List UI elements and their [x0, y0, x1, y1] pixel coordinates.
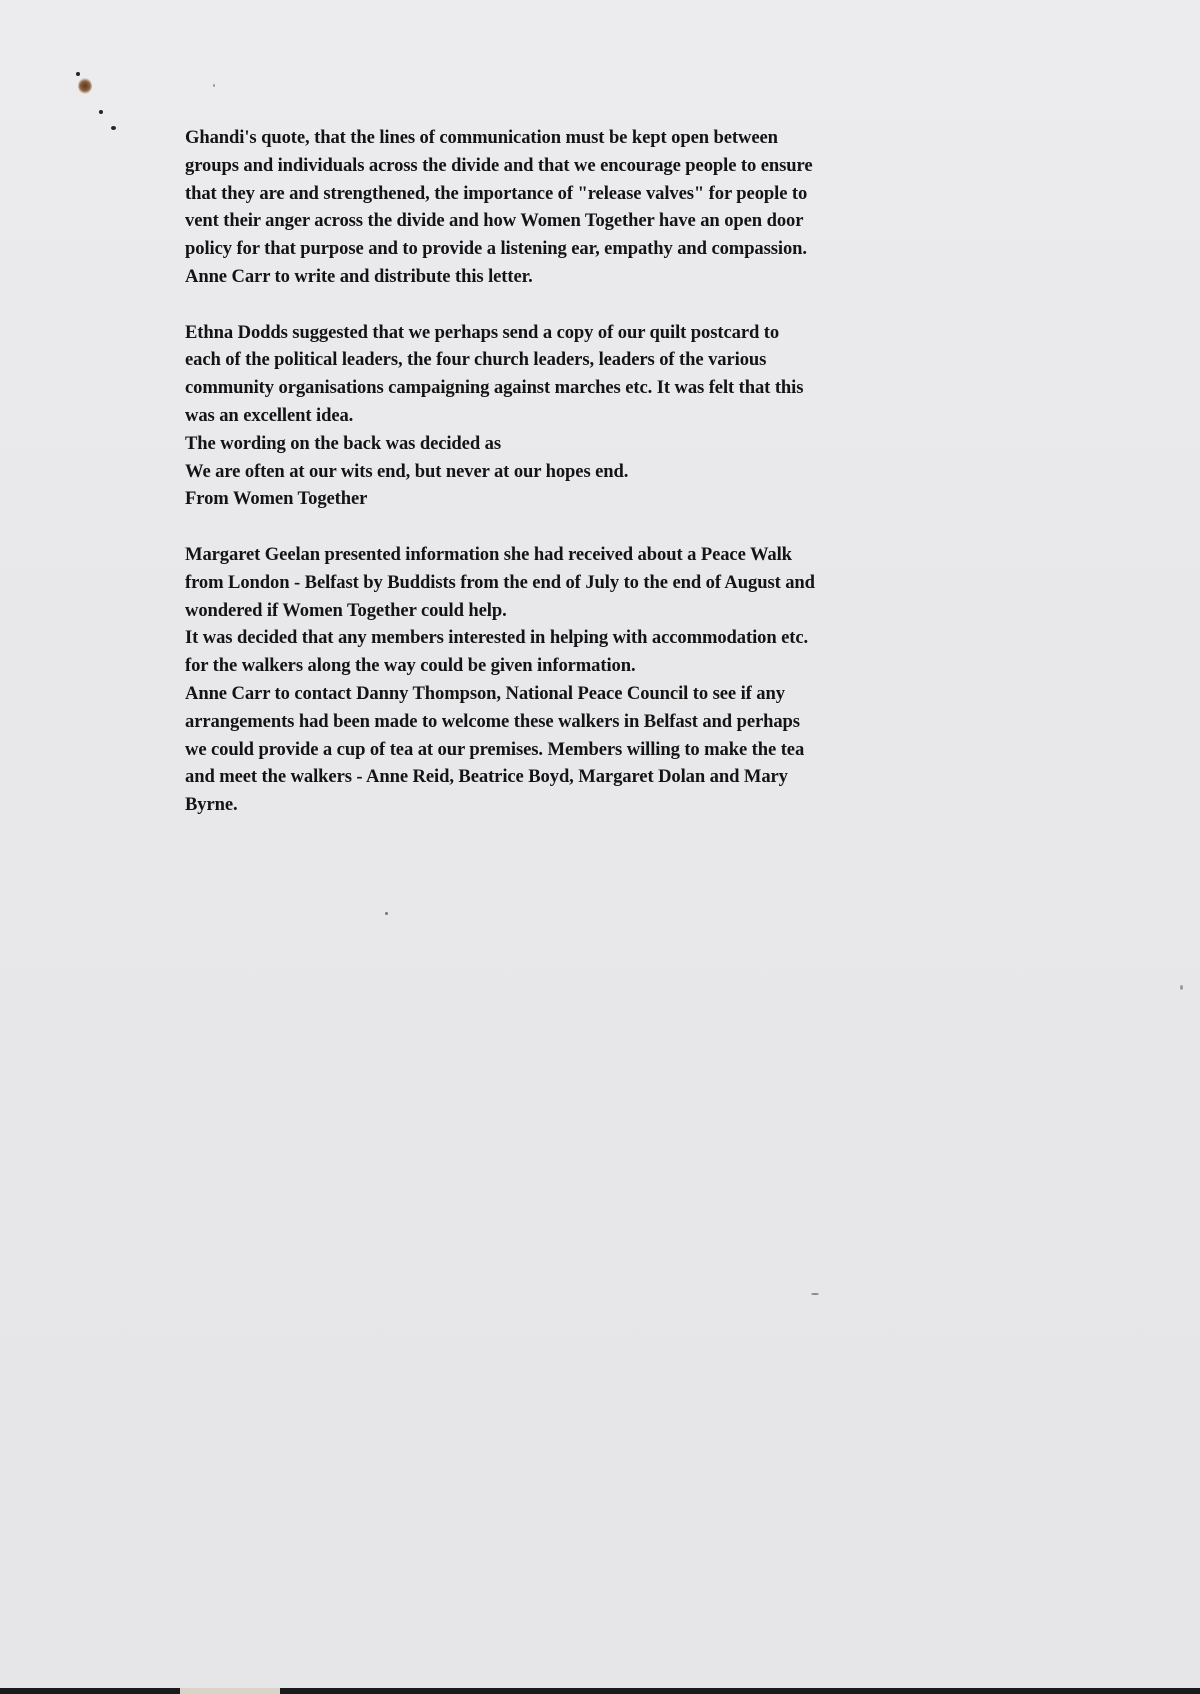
text-line: Ghandi's quote, that the lines of commun… [185, 124, 1045, 152]
text-line: Byrne. [185, 791, 1045, 819]
speck [385, 912, 388, 915]
text-line: groups and individuals across the divide… [185, 152, 1045, 180]
text-line: Anne Carr to contact Danny Thompson, Nat… [185, 680, 1045, 708]
text-line: policy for that purpose and to provide a… [185, 235, 1045, 263]
speck [99, 110, 103, 114]
text-line: The wording on the back was decided as [185, 430, 1045, 458]
scan-bottom-edge [0, 1688, 1200, 1694]
text-line: It was decided that any members interest… [185, 624, 1045, 652]
speck [76, 72, 80, 76]
document-body: Ghandi's quote, that the lines of commun… [185, 124, 1045, 847]
text-line: for the walkers along the way could be g… [185, 652, 1045, 680]
text-line: vent their anger across the divide and h… [185, 207, 1045, 235]
text-line: was an excellent idea. [185, 402, 1045, 430]
text-line: community organisations campaigning agai… [185, 374, 1045, 402]
text-line: We are often at our wits end, but never … [185, 458, 1045, 486]
text-line: each of the political leaders, the four … [185, 346, 1045, 374]
ink-stain [78, 78, 92, 94]
paragraph-gandhi-quote: Ghandi's quote, that the lines of commun… [185, 124, 1045, 291]
text-line: Margaret Geelan presented information sh… [185, 541, 1045, 569]
paragraph-quilt-postcard: Ethna Dodds suggested that we perhaps se… [185, 319, 1045, 514]
text-line: From Women Together [185, 485, 1045, 513]
text-line: that they are and strengthened, the impo… [185, 180, 1045, 208]
text-line: Anne Carr to write and distribute this l… [185, 263, 1045, 291]
speck [811, 1293, 819, 1295]
scanned-page: Ghandi's quote, that the lines of commun… [0, 0, 1200, 1690]
text-line: from London - Belfast by Buddists from t… [185, 569, 1045, 597]
speck [1180, 985, 1183, 990]
speck [213, 84, 215, 87]
edge-gap [180, 1688, 280, 1694]
paragraph-peace-walk: Margaret Geelan presented information sh… [185, 541, 1045, 819]
text-line: and meet the walkers - Anne Reid, Beatri… [185, 763, 1045, 791]
text-line: wondered if Women Together could help. [185, 597, 1045, 625]
text-line: we could provide a cup of tea at our pre… [185, 736, 1045, 764]
text-line: arrangements had been made to welcome th… [185, 708, 1045, 736]
text-line: Ethna Dodds suggested that we perhaps se… [185, 319, 1045, 347]
speck [111, 126, 116, 130]
